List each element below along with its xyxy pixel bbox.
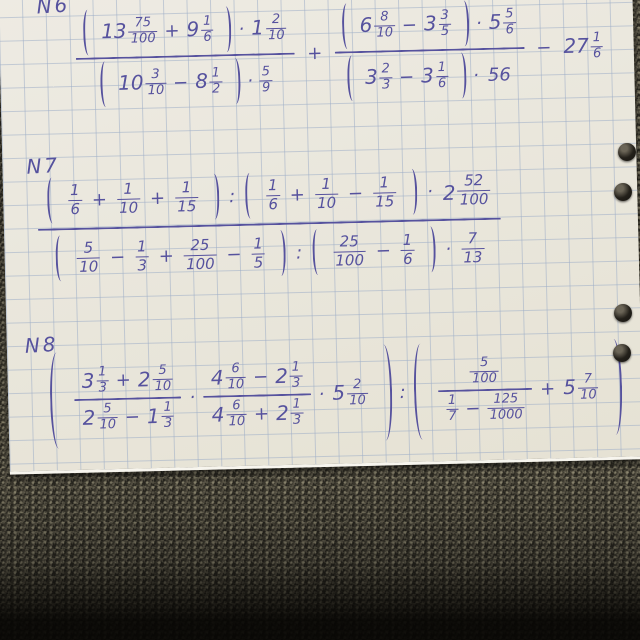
mixed-number: 113 — [147, 401, 175, 433]
open-paren — [55, 235, 66, 281]
mixed-number: 316 — [421, 60, 449, 92]
operator: − — [465, 398, 481, 419]
fraction: 13 — [290, 361, 303, 392]
numerator: 52 — [462, 172, 486, 190]
notebook-photo: N6 1375100+916·121010310−812·59+6810−335… — [0, 0, 640, 640]
mixed-number: 1210 — [251, 12, 287, 44]
denominator: 10 — [97, 417, 118, 433]
numerator: 7 — [465, 230, 479, 248]
numerator: 7 — [582, 372, 595, 387]
numerator: 5 — [81, 240, 95, 258]
fraction: 16 — [590, 31, 603, 62]
operator: : — [399, 381, 406, 402]
close-paren — [458, 0, 469, 46]
numerator: 1 — [377, 175, 391, 193]
mixed-number: 5710 — [563, 372, 599, 404]
numerator-row: 5100 — [462, 354, 508, 390]
numerator: 25 — [337, 233, 361, 251]
denominator: 15 — [175, 196, 199, 215]
operator: + — [540, 378, 556, 399]
fraction: 610 — [225, 362, 246, 393]
big-fraction: 16+110+115:16+110−115·252100510−13+25100… — [37, 162, 503, 287]
fraction: 52100 — [457, 172, 490, 208]
numerator: 2 — [351, 378, 364, 393]
fraction: 13 — [96, 365, 109, 396]
fraction: 510 — [97, 402, 118, 433]
fraction: 16 — [266, 177, 280, 213]
open-paren — [413, 343, 430, 439]
operator: · — [476, 13, 482, 34]
fraction: 210 — [266, 12, 287, 43]
numerator: 1 — [201, 14, 214, 29]
binder-stud — [614, 183, 632, 201]
number: 56 — [488, 64, 511, 86]
whole-part: 1 — [147, 406, 160, 432]
denominator: 6 — [436, 75, 449, 91]
numerator: 8 — [378, 10, 391, 25]
problem-expression-7: 16+110+115:16+110−115·252100510−13+25100… — [37, 162, 503, 287]
fraction: 59 — [260, 65, 273, 96]
operator: − — [253, 366, 269, 387]
numerator: 1 — [210, 66, 223, 81]
fraction: 35 — [438, 8, 451, 39]
numerator: 5 — [478, 356, 491, 371]
denominator: 10 — [117, 198, 141, 217]
whole-part: 9 — [186, 19, 199, 45]
fraction: 510 — [77, 240, 101, 276]
denominator: 100 — [129, 30, 158, 47]
numerator: 2 — [270, 12, 283, 27]
denominator: 13 — [461, 248, 485, 267]
open-paren — [47, 177, 58, 223]
whole-part: 13 — [101, 21, 127, 48]
denominator: 3 — [290, 376, 303, 392]
numerator: 1 — [266, 177, 280, 195]
numerator-row: 6810−335·556 — [333, 0, 524, 52]
operator: · — [238, 18, 244, 39]
mixed-number: 2510 — [82, 402, 118, 434]
denominator-row: 510−13+25100−15:25100−16·713 — [45, 220, 495, 287]
numerator: 1 — [400, 232, 414, 250]
operator: · — [189, 387, 195, 408]
whole-part: 5 — [332, 383, 345, 409]
whole-part: 2 — [275, 366, 288, 392]
mixed-number: 252100 — [442, 172, 490, 209]
denominator-row: 17−1251000 — [438, 390, 533, 427]
mixed-number: 916 — [186, 14, 214, 46]
open-paren — [341, 3, 352, 49]
fraction: 115 — [373, 174, 397, 210]
problem-expression-6: 1375100+916·121010310−812·59+6810−335·55… — [75, 0, 605, 110]
numerator-row: 313+2510 — [73, 362, 181, 399]
mixed-number: 6810 — [359, 10, 395, 42]
denominator: 6 — [401, 249, 415, 268]
numerator: 1 — [251, 236, 265, 254]
numerator: 3 — [438, 8, 451, 23]
numerator: 1 — [161, 401, 174, 416]
whole-part: 1 — [251, 18, 264, 44]
open-paren — [83, 10, 94, 56]
numerator: 1 — [135, 238, 149, 256]
operator: + — [164, 20, 180, 41]
denominator-row: 4610+213 — [203, 395, 311, 432]
operator: + — [115, 370, 131, 391]
close-paren — [375, 344, 392, 440]
close-paren — [276, 230, 287, 276]
denominator: 100 — [184, 254, 217, 273]
close-paren — [425, 226, 436, 272]
numerator: 5 — [503, 7, 516, 22]
fraction: 16 — [436, 60, 449, 91]
whole-part: 6 — [359, 15, 372, 41]
fraction: 1251000 — [487, 392, 525, 424]
denominator: 3 — [380, 77, 393, 93]
whole-part: 27 — [563, 36, 589, 63]
operator: − — [399, 66, 415, 87]
denominator: 6 — [503, 22, 516, 38]
whole-part: 4 — [211, 404, 224, 430]
fraction: 16 — [400, 232, 414, 268]
problem-label-6: N6 — [36, 0, 71, 17]
big-fraction: 313+25102510−113 — [73, 362, 182, 436]
fraction: 713 — [461, 230, 485, 266]
binder-stud — [613, 344, 631, 362]
denominator: 10 — [266, 27, 287, 43]
mixed-number: 335 — [424, 8, 452, 40]
numerator: 1 — [68, 182, 82, 200]
denominator: 7 — [446, 409, 459, 425]
mixed-number: 323 — [365, 62, 393, 94]
operator: + — [150, 187, 166, 208]
numerator: 5 — [260, 65, 273, 80]
open-paren — [100, 61, 111, 107]
numerator: 1 — [179, 179, 193, 197]
fraction: 16 — [68, 182, 82, 218]
operator: − — [125, 406, 141, 427]
whole-part: 4 — [211, 367, 224, 393]
whole-part: 2 — [138, 369, 151, 395]
denominator: 3 — [162, 416, 175, 432]
operator: : — [229, 186, 236, 207]
fraction: 510 — [152, 364, 173, 395]
mixed-number: 812 — [195, 66, 223, 98]
numerator: 1 — [590, 31, 603, 46]
denominator: 10 — [347, 392, 368, 408]
open-paren — [49, 352, 66, 448]
fraction: 75100 — [128, 16, 158, 48]
whole-part: 5 — [488, 12, 501, 38]
denominator: 10 — [153, 379, 174, 395]
mixed-number: 4610 — [210, 362, 246, 394]
denominator: 100 — [333, 250, 366, 269]
numerator: 5 — [101, 402, 114, 417]
numerator: 1 — [436, 60, 449, 75]
denominator: 2 — [210, 81, 223, 97]
fraction: 13 — [161, 401, 174, 432]
denominator: 5 — [252, 253, 266, 272]
whole-part: 10 — [118, 73, 144, 100]
mixed-number: 1375100 — [101, 16, 158, 48]
denominator: 100 — [470, 371, 499, 388]
fraction: 110 — [314, 176, 338, 212]
denominator: 10 — [226, 377, 247, 393]
numerator: 1 — [290, 361, 303, 376]
fraction: 110 — [116, 181, 140, 217]
fraction: 15 — [251, 236, 265, 272]
open-paren — [245, 173, 256, 219]
mixed-number: 213 — [275, 361, 303, 393]
big-fraction: 510017−1251000 — [437, 353, 533, 427]
operator: + — [254, 403, 270, 424]
operator: · — [427, 181, 433, 202]
fraction: 16 — [201, 14, 214, 45]
denominator: 100 — [458, 189, 491, 208]
operator: · — [445, 238, 451, 259]
whole-part: 2 — [276, 403, 289, 429]
numerator: 125 — [491, 392, 520, 408]
denominator: 5 — [439, 23, 452, 39]
mixed-number: 2510 — [137, 364, 173, 396]
numerator: 1 — [446, 394, 459, 409]
operator: − — [348, 182, 364, 203]
binder-stud — [614, 304, 632, 322]
fraction: 13 — [135, 238, 149, 274]
numerator: 1 — [121, 181, 135, 199]
operator: − — [110, 246, 126, 267]
notebook-page: N6 1375100+916·121010310−812·59+6810−335… — [0, 0, 640, 475]
numerator: 6 — [229, 362, 242, 377]
operator: + — [92, 189, 108, 210]
whole-part: 2 — [443, 182, 456, 208]
fraction: 115 — [175, 179, 199, 215]
mixed-number: 5210 — [332, 377, 368, 409]
mixed-number: 10310 — [118, 67, 167, 99]
operator: + — [290, 184, 306, 205]
operator: − — [376, 240, 392, 261]
denominator-row: 323−316·56 — [338, 49, 521, 103]
whole-part: 3 — [424, 14, 437, 40]
open-paren — [347, 55, 358, 101]
operator: : — [296, 242, 303, 263]
operator: · — [318, 383, 324, 404]
operator: · — [247, 70, 253, 91]
big-fraction: 1375100+916·121010310−812·59 — [75, 3, 297, 110]
denominator: 15 — [373, 192, 397, 211]
denominator: 10 — [374, 25, 395, 41]
operator: + — [307, 42, 323, 63]
fraction: 25100 — [333, 233, 366, 269]
big-fraction: 4610−2134610+213 — [202, 358, 311, 432]
close-paren — [221, 6, 232, 52]
fraction: 56 — [503, 7, 516, 38]
open-paren — [312, 229, 323, 275]
whole-part: 5 — [563, 377, 576, 403]
fraction: 810 — [374, 10, 395, 41]
fraction: 210 — [347, 377, 368, 408]
numerator: 2 — [379, 62, 392, 77]
denominator: 10 — [315, 193, 339, 212]
close-paren — [456, 52, 467, 98]
numerator: 6 — [230, 399, 243, 414]
operator: − — [536, 37, 552, 58]
binder-stud — [618, 143, 636, 161]
operator: · — [473, 65, 479, 86]
denominator: 10 — [578, 387, 599, 403]
whole-part: 2 — [82, 407, 95, 433]
mixed-number: 313 — [81, 365, 109, 397]
fraction: 5100 — [470, 356, 500, 388]
denominator: 3 — [135, 256, 149, 275]
denominator: 9 — [260, 80, 273, 96]
operator: + — [159, 245, 175, 266]
operator: − — [402, 14, 418, 35]
close-paren — [230, 58, 241, 104]
denominator: 10 — [226, 414, 247, 430]
numerator: 1 — [319, 176, 333, 194]
numerator-row: 4610−213 — [202, 358, 310, 395]
close-paren — [209, 173, 220, 219]
denominator: 6 — [266, 194, 280, 213]
fraction: 610 — [226, 399, 247, 430]
numerator: 75 — [132, 16, 153, 31]
numerator: 1 — [290, 397, 303, 412]
fraction: 710 — [578, 372, 599, 403]
numerator: 1 — [96, 365, 109, 380]
close-paren — [407, 169, 418, 215]
mixed-number: 556 — [488, 7, 516, 39]
mixed-number: 2716 — [563, 31, 603, 63]
numerator: 3 — [149, 67, 162, 82]
whole-part: 3 — [81, 371, 94, 397]
whole-part: 3 — [365, 67, 378, 93]
denominator: 10 — [77, 257, 101, 276]
big-fraction: 6810−335·556323−316·56 — [333, 0, 526, 104]
fraction: 12 — [210, 66, 223, 97]
denominator: 6 — [591, 46, 604, 62]
operator: − — [173, 72, 189, 93]
fraction: 17 — [446, 394, 459, 425]
fraction: 310 — [145, 67, 166, 98]
denominator: 1000 — [487, 407, 524, 424]
operator: − — [226, 243, 242, 264]
numerator-row: 1375100+916·1210 — [75, 3, 296, 58]
whole-part: 8 — [195, 71, 208, 97]
denominator: 6 — [68, 199, 82, 218]
mixed-number: 213 — [276, 397, 304, 429]
denominator-row: 2510−113 — [74, 398, 182, 435]
denominator: 10 — [146, 82, 167, 98]
denominator-row: 10310−812·59 — [91, 55, 280, 110]
whole-part: 3 — [421, 66, 434, 92]
denominator: 3 — [96, 380, 109, 396]
denominator: 6 — [201, 29, 214, 45]
fraction: 23 — [379, 62, 392, 93]
fraction: 13 — [290, 397, 303, 428]
numerator: 5 — [156, 364, 169, 379]
denominator: 3 — [291, 412, 304, 428]
mixed-number: 4610 — [211, 399, 247, 431]
numerator: 25 — [188, 237, 212, 255]
problem-expression-8: 313+25102510−113·4610−2134610+213·5210:5… — [49, 339, 624, 449]
fraction: 25100 — [183, 237, 216, 273]
